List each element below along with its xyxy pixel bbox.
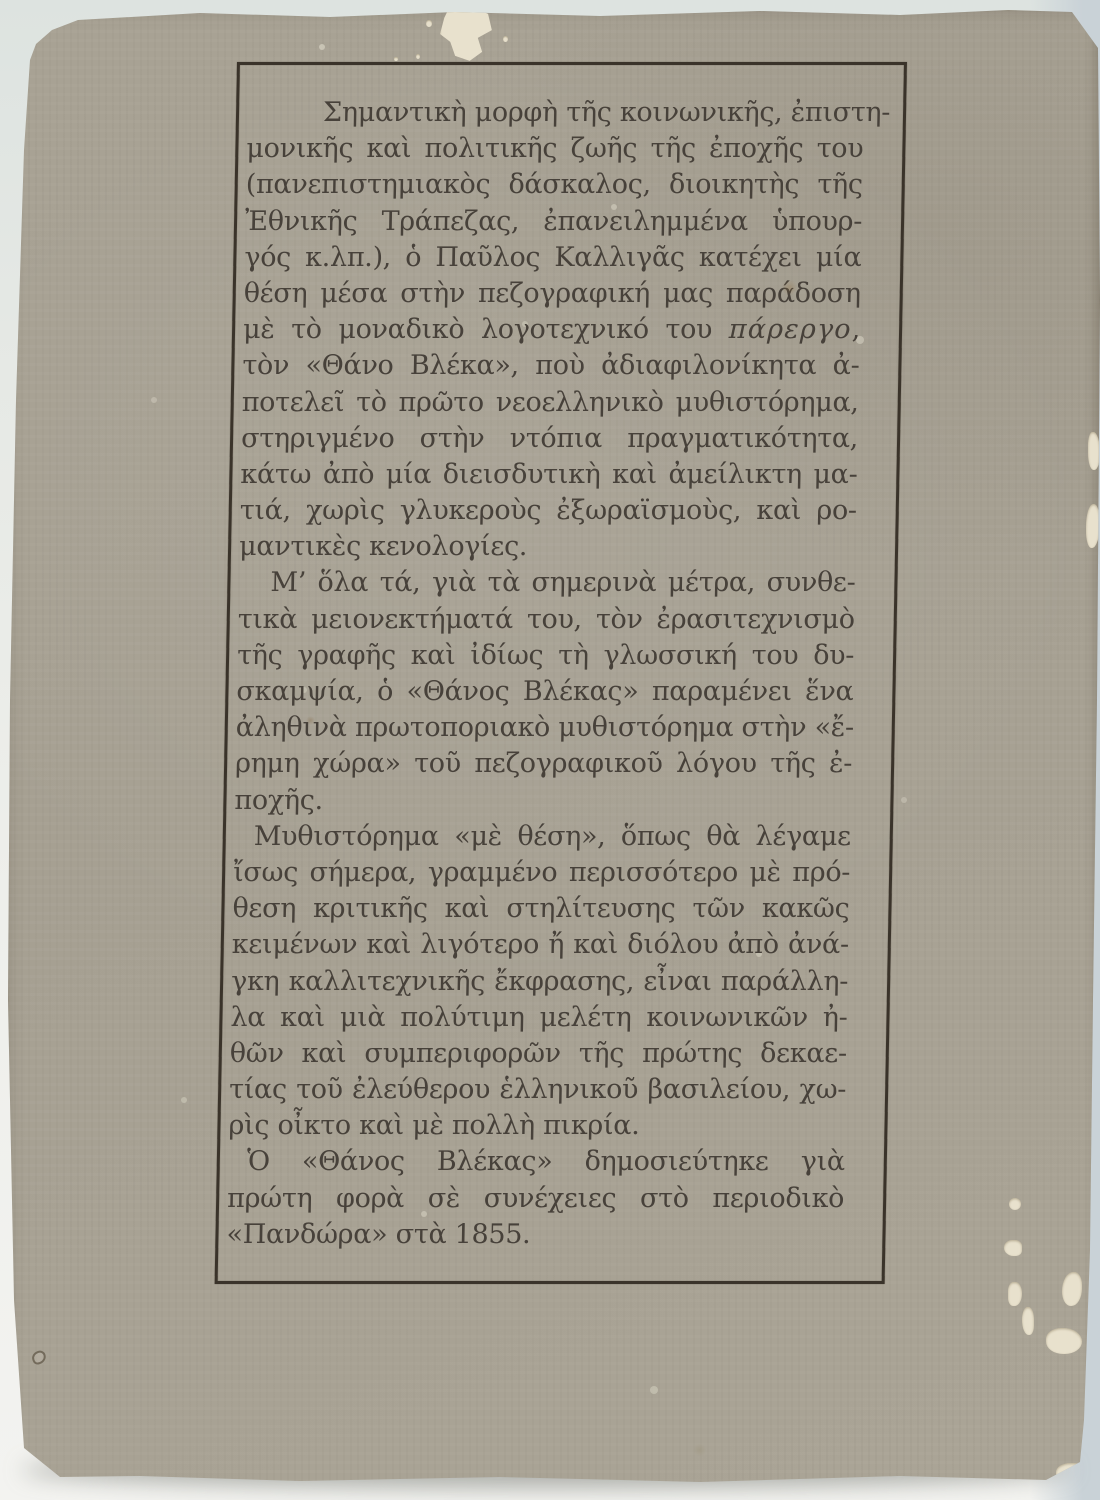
text-line: τίας τοῦ ἐλεύθερου ἑλληνικοῦ βασιλείου, … xyxy=(229,1072,847,1108)
damage-chip xyxy=(1022,1307,1034,1335)
text-line: κειμένων καὶ λιγότερο ἤ καὶ διόλου ἀπὸ ἀ… xyxy=(231,927,849,963)
text-line: μονικῆς καὶ πολιτικῆς ζωῆς τῆς ἐποχῆς το… xyxy=(246,131,864,167)
printed-rule-frame: Σημαντικὴ μορφὴ τῆς κοινωνικῆς, ἐπιστη-μ… xyxy=(215,62,907,1284)
text-line: ποχῆς. xyxy=(234,783,852,819)
text-line: ποτελεῖ τὸ πρῶτο νεοελληνικὸ μυθιστόρημα… xyxy=(241,385,859,421)
stain xyxy=(692,1444,707,1456)
damage-chip xyxy=(1004,1240,1022,1256)
damage-chip xyxy=(1046,1328,1082,1354)
text-line: τικὰ μειονεκτήματά του, τὸν ἐρασιτεχνισμ… xyxy=(237,602,855,638)
text-line: Ἐθνικῆς Τράπεζας, ἐπανειλημμένα ὑπουρ- xyxy=(245,204,863,240)
text-line: Μυθιστόρημα «μὲ θέση», ὅπως θὰ λέγαμε xyxy=(233,819,851,855)
cover-text: Σημαντικὴ μορφὴ τῆς κοινωνικῆς, ἐπιστη-μ… xyxy=(218,65,898,1275)
text-line: μὲ τὸ μοναδικὸ λογοτεχνικό του πάρεργο, xyxy=(243,312,861,348)
stain xyxy=(781,280,798,295)
text-line: τιά, χωρὶς γλυκεροὺς ἐξωραϊσμοὺς, καὶ ρο… xyxy=(239,493,857,529)
damage-speck xyxy=(416,54,420,59)
text-line: ἀληθινὰ πρωτοποριακὸ μυθιστόρημα στὴν «ἔ… xyxy=(235,710,853,746)
paragraph: Ὁ «Θάνος Βλέκας» δημοσιεύτηκε γιὰπρώτη φ… xyxy=(226,1144,845,1253)
paragraph: Σημαντικὴ μορφὴ τῆς κοινωνικῆς, ἐπιστη-μ… xyxy=(239,95,865,565)
damage-speck xyxy=(426,20,432,27)
paper-flecks xyxy=(0,0,4,4)
text-line: Μ’ ὅλα τά, γιὰ τὰ σημερινὰ μέτρα, συνθε- xyxy=(238,565,856,601)
text-line: ρὶς οἶκτο καὶ μὲ πολλὴ πικρία. xyxy=(228,1108,846,1144)
photo-backdrop: Σημαντικὴ μορφὴ τῆς κοινωνικῆς, ἐπιστη-μ… xyxy=(0,0,1100,1500)
text-line: (πανεπιστημιακὸς δάσκαλος, διοικητὴς τῆς xyxy=(245,167,863,203)
damage-chip xyxy=(1088,432,1100,470)
text-line: λα καὶ μιὰ πολύτιμη μελέτη κοινωνικῶν ἠ- xyxy=(230,1000,848,1036)
text-line: τὸν «Θάνο Βλέκα», ποὺ ἀδιαφιλονίκητα ἀ- xyxy=(242,348,860,384)
text-line: πρώτη φορὰ σὲ συνέχειες στὸ περιοδικὸ xyxy=(227,1181,845,1217)
text-line: θεση κριτικῆς καὶ στηλίτευσης τῶν κακῶς xyxy=(232,891,850,927)
text-line: κάτω ἀπὸ μία διεισδυτικὴ καὶ ἀμείλικτη μ… xyxy=(240,457,858,493)
text-line: «Πανδώρα» στὰ 1855. xyxy=(226,1217,844,1253)
text-line: θῶν καὶ συμπεριφορῶν τῆς πρώτης δεκαε- xyxy=(229,1036,847,1072)
text-line: γκη καλλιτεχνικῆς ἔκφρασης, εἶναι παράλλ… xyxy=(231,964,849,1000)
paragraph: Μυθιστόρημα «μὲ θέση», ὅπως θὰ λέγαμεἴσω… xyxy=(228,819,851,1145)
paragraph: Μ’ ὅλα τά, γιὰ τὰ σημερινὰ μέτρα, συνθε-… xyxy=(234,565,856,818)
text-line: γός κ.λπ.), ὁ Παῦλος Καλλιγᾶς κατέχει μί… xyxy=(244,240,862,276)
text-line: ἴσως σήμερα, γραμμένο περισσότερο μὲ πρό… xyxy=(233,855,851,891)
text-line: στηριγμένο στὴν ντόπια πραγματικότητα, xyxy=(241,421,859,457)
text-line: μαντικὲς κενολογίες. xyxy=(239,529,857,565)
text-line: θέση μέσα στὴν πεζογραφική μας παράδοση xyxy=(243,276,861,312)
stain xyxy=(306,716,315,725)
damage-speck xyxy=(503,36,508,42)
text-line: Σημαντικὴ μορφὴ τῆς κοινωνικῆς, ἐπιστη- xyxy=(247,95,865,131)
book-cover: Σημαντικὴ μορφὴ τῆς κοινωνικῆς, ἐπιστη-μ… xyxy=(0,0,1100,1500)
damage-chip xyxy=(1009,1198,1021,1210)
text-line: Ὁ «Θάνος Βλέκας» δημοσιεύτηκε γιὰ xyxy=(227,1144,845,1180)
text-line: ρημη χώρα» τοῦ πεζογραφικοῦ λόγου τῆς ἐ- xyxy=(235,746,853,782)
text-line: τῆς γραφῆς καὶ ἰδίως τὴ γλωσσική του δυ- xyxy=(237,638,855,674)
text-line: σκαμψία, ὁ «Θάνος Βλέκας» παραμένει ἕνα xyxy=(236,674,854,710)
damage-speck xyxy=(394,57,398,61)
